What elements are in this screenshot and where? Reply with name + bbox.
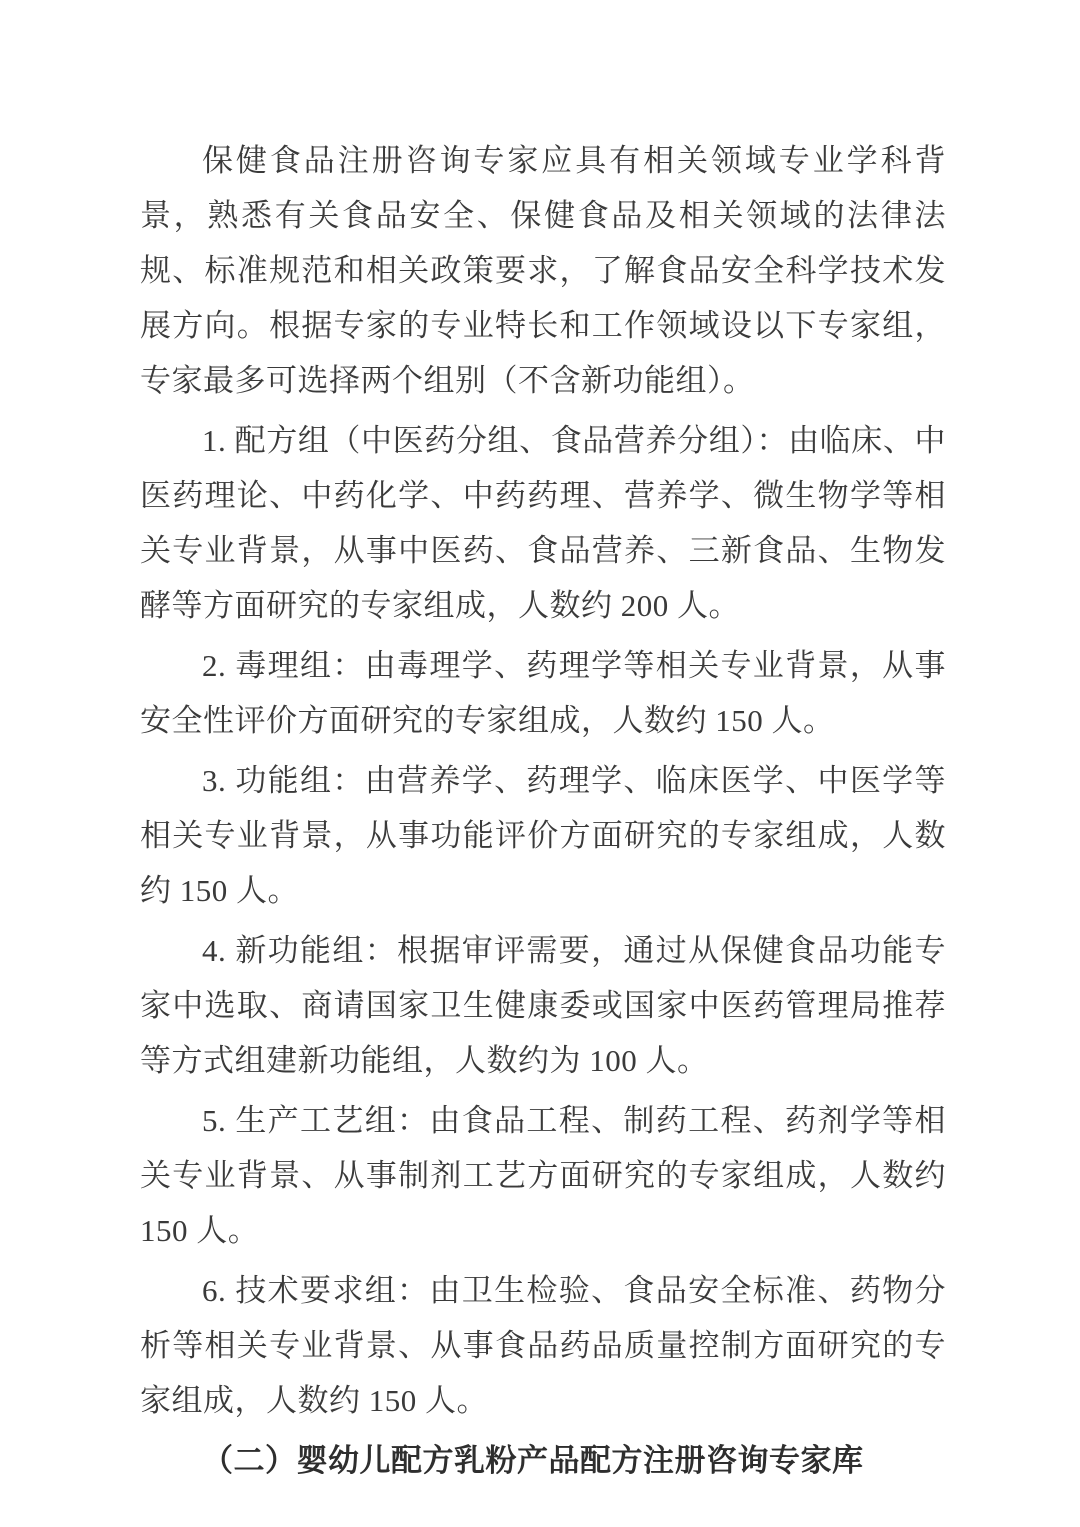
expert-group-item-1: 1. 配方组（中医药分组、食品营养分组）：由临床、中医药理论、中药化学、中药药理…: [140, 413, 946, 633]
expert-group-item-5: 5. 生产工艺组：由食品工程、制药工程、药剂学等相关专业背景、从事制剂工艺方面研…: [140, 1093, 946, 1258]
section-heading: （二）婴幼儿配方乳粉产品配方注册咨询专家库: [140, 1433, 946, 1488]
document-body: 保健食品注册咨询专家应具有相关领域专业学科背景，熟悉有关食品安全、保健食品及相关…: [140, 133, 946, 1493]
expert-group-item-4: 4. 新功能组：根据审评需要，通过从保健食品功能专家中选取、商请国家卫生健康委或…: [140, 923, 946, 1088]
expert-group-item-6: 6. 技术要求组：由卫生检验、食品安全标准、药物分析等相关专业背景、从事食品药品…: [140, 1263, 946, 1428]
expert-group-item-3: 3. 功能组：由营养学、药理学、临床医学、中医学等相关专业背景，从事功能评价方面…: [140, 753, 946, 918]
expert-group-item-2: 2. 毒理组：由毒理学、药理学等相关专业背景，从事安全性评价方面研究的专家组成，…: [140, 638, 946, 748]
intro-paragraph: 保健食品注册咨询专家应具有相关领域专业学科背景，熟悉有关食品安全、保健食品及相关…: [140, 133, 946, 408]
document-page: 保健食品注册咨询专家应具有相关领域专业学科背景，熟悉有关食品安全、保健食品及相关…: [0, 0, 1080, 1527]
